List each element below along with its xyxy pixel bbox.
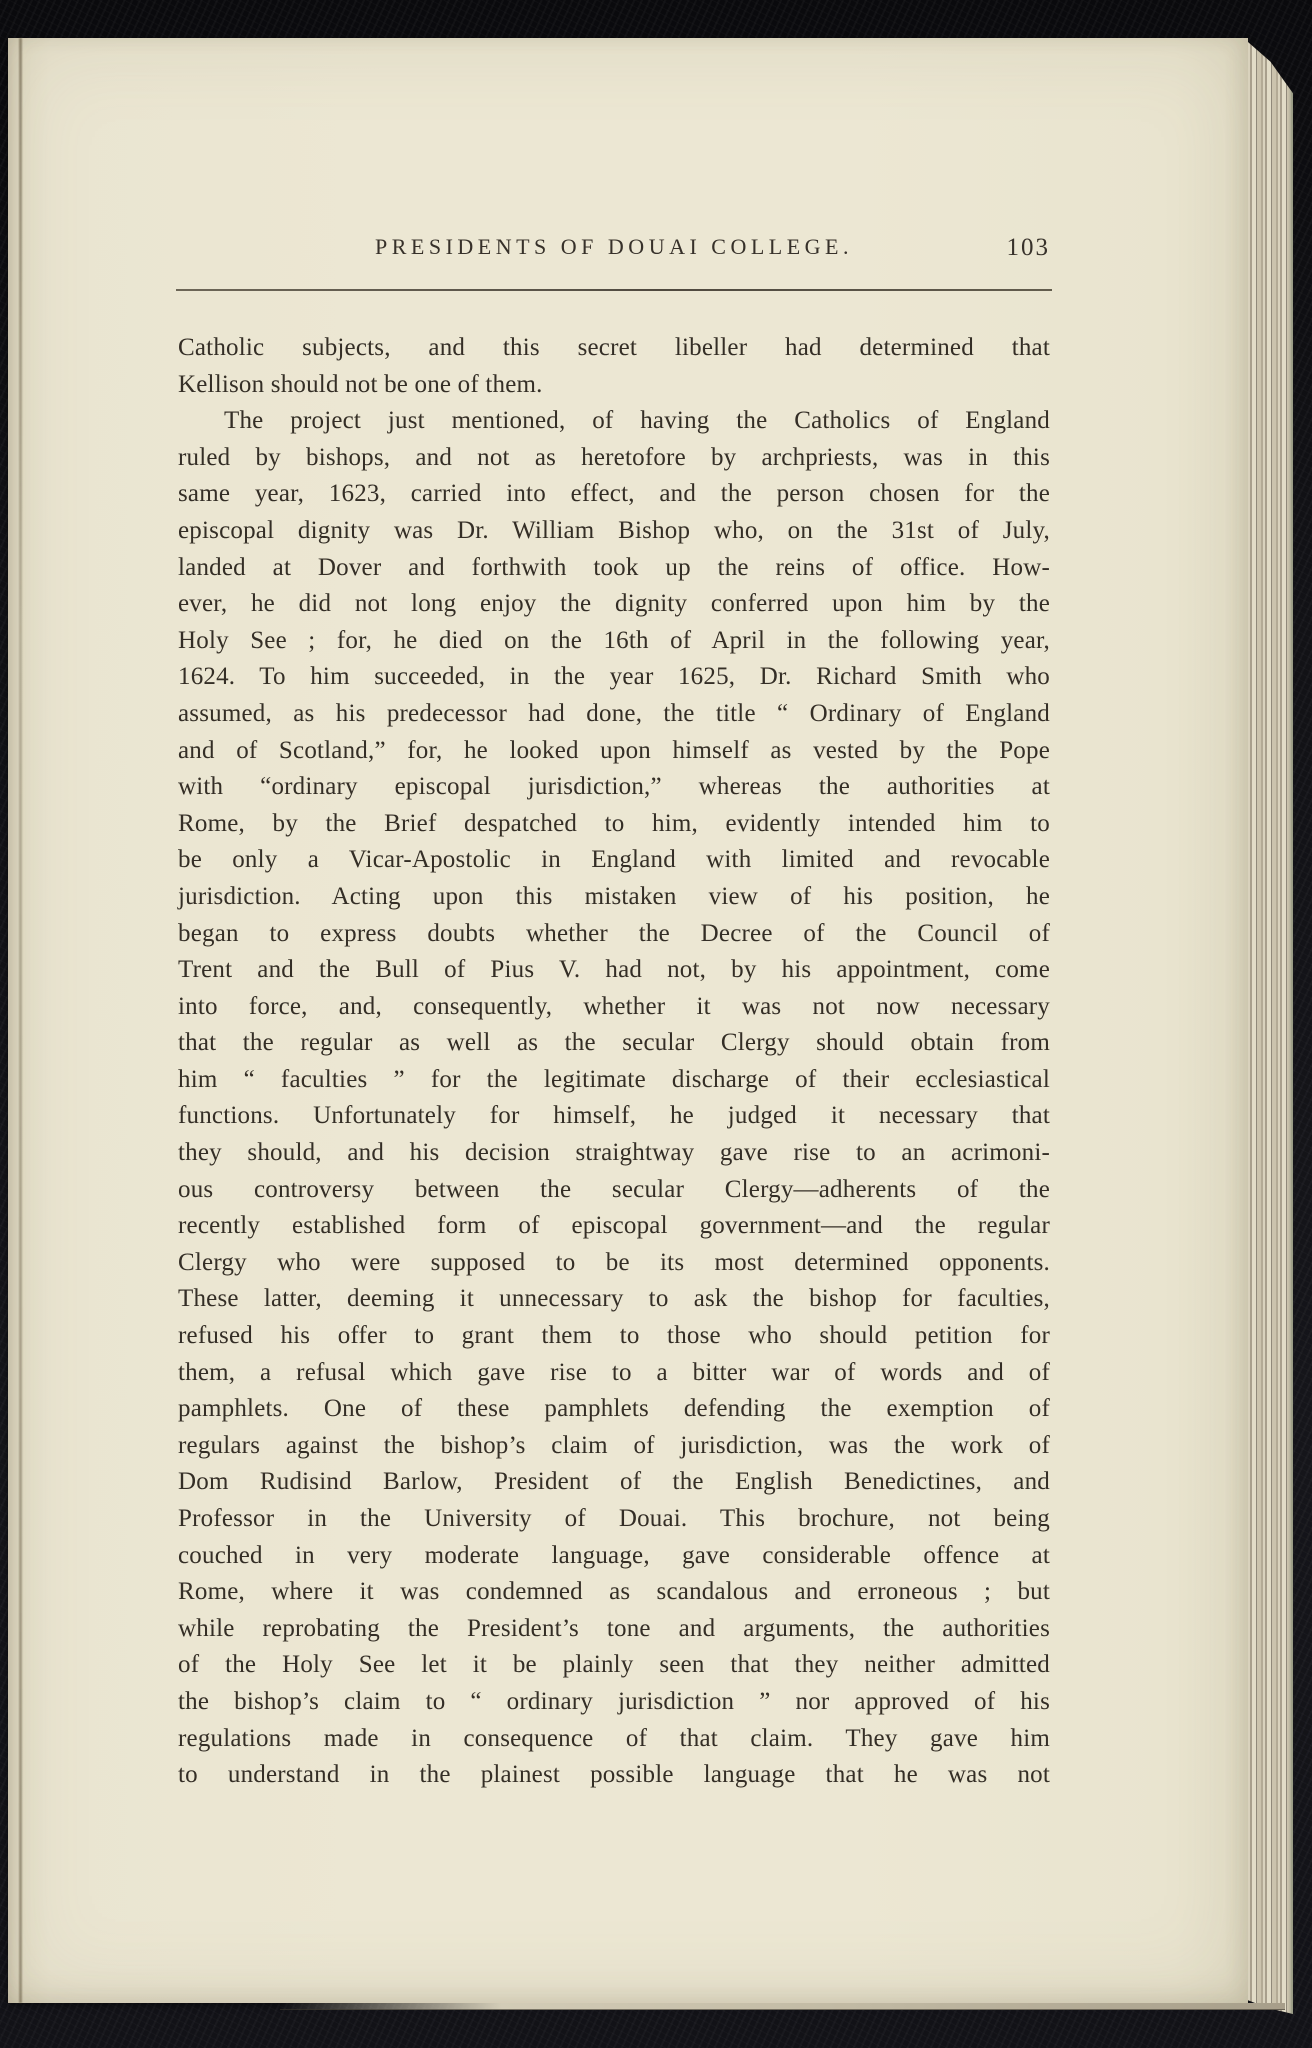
text-line: Holy See ; for, he died on the 16th of A… — [178, 623, 1050, 660]
text-line: couched in very moderate language, gave … — [178, 1538, 1050, 1575]
text-line: Kellison should not be one of them. — [178, 367, 1050, 404]
text-line: with “ordinary episcopal jurisdiction,” … — [178, 769, 1050, 806]
text-line: him “ faculties ” for the legitimate dis… — [178, 1062, 1050, 1099]
text-line: Rome, where it was condemned as scandalo… — [178, 1574, 1050, 1611]
text-line: Catholic subjects, and this secret libel… — [178, 330, 1050, 367]
text-line: that the regular as well as the secular … — [178, 1025, 1050, 1062]
text-line: Professor in the University of Douai. Th… — [178, 1501, 1050, 1538]
text-line: Trent and the Bull of Pius V. had not, b… — [178, 952, 1050, 989]
text-line: them, a refusal which gave rise to a bit… — [178, 1355, 1050, 1392]
text-line: they should, and his decision straightwa… — [178, 1135, 1050, 1172]
text-line: functions. Unfortunately for himself, he… — [178, 1098, 1050, 1135]
header-rule — [176, 289, 1052, 291]
page-number: 103 — [1007, 234, 1051, 262]
text-line: landed at Dover and forthwith took up th… — [178, 550, 1050, 587]
text-line: pamphlets. One of these pamphlets defend… — [178, 1391, 1050, 1428]
text-line: recently established form of episcopal g… — [178, 1208, 1050, 1245]
page-body: Catholic subjects, and this secret libel… — [178, 330, 1050, 1794]
text-line: ruled by bishops, and not as heretofore … — [178, 440, 1050, 477]
page-fore-edge — [1248, 42, 1293, 2016]
text-line: of the Holy See let it be plainly seen t… — [178, 1647, 1050, 1684]
text-line: and of Scotland,” for, he looked upon hi… — [178, 733, 1050, 770]
running-header-title: PRESIDENTS OF DOUAI COLLEGE. — [178, 234, 1050, 260]
text-line: The project just mentioned, of having th… — [178, 403, 1050, 440]
text-line: began to express doubts whether the Decr… — [178, 916, 1050, 953]
text-line: These latter, deeming it unnecessary to … — [178, 1281, 1050, 1318]
text-line: 1624. To him succeeded, in the year 1625… — [178, 659, 1050, 696]
text-line: Dom Rudisind Barlow, President of the En… — [178, 1464, 1050, 1501]
text-line: same year, 1623, carried into effect, an… — [178, 476, 1050, 513]
text-line: while reprobating the President’s tone a… — [178, 1611, 1050, 1648]
page-bottom-edge — [280, 2003, 1285, 2010]
gutter-crease — [19, 38, 22, 2003]
text-line: ous controversy between the secular Cler… — [178, 1172, 1050, 1209]
text-line: regulars against the bishop’s claim of j… — [178, 1428, 1050, 1465]
text-line: be only a Vicar-Apostolic in England wit… — [178, 842, 1050, 879]
book-page: PRESIDENTS OF DOUAI COLLEGE. 103 Catholi… — [8, 38, 1248, 2003]
text-line: ever, he did not long enjoy the dignity … — [178, 586, 1050, 623]
text-line: into force, and, consequently, whether i… — [178, 989, 1050, 1026]
text-line: refused his offer to grant them to those… — [178, 1318, 1050, 1355]
running-header: PRESIDENTS OF DOUAI COLLEGE. 103 — [178, 234, 1050, 270]
text-line: to understand in the plainest possible l… — [178, 1757, 1050, 1794]
scan-background: { "page": { "header": { "title": "PRESID… — [0, 0, 1312, 2048]
text-line: jurisdiction. Acting upon this mistaken … — [178, 879, 1050, 916]
text-line: assumed, as his predecessor had done, th… — [178, 696, 1050, 733]
text-line: the bishop’s claim to “ ordinary jurisdi… — [178, 1684, 1050, 1721]
text-line: episcopal dignity was Dr. William Bishop… — [178, 513, 1050, 550]
text-line: Clergy who were supposed to be its most … — [178, 1245, 1050, 1282]
text-line: Rome, by the Brief despatched to him, ev… — [178, 806, 1050, 843]
text-line: regulations made in consequence of that … — [178, 1721, 1050, 1758]
